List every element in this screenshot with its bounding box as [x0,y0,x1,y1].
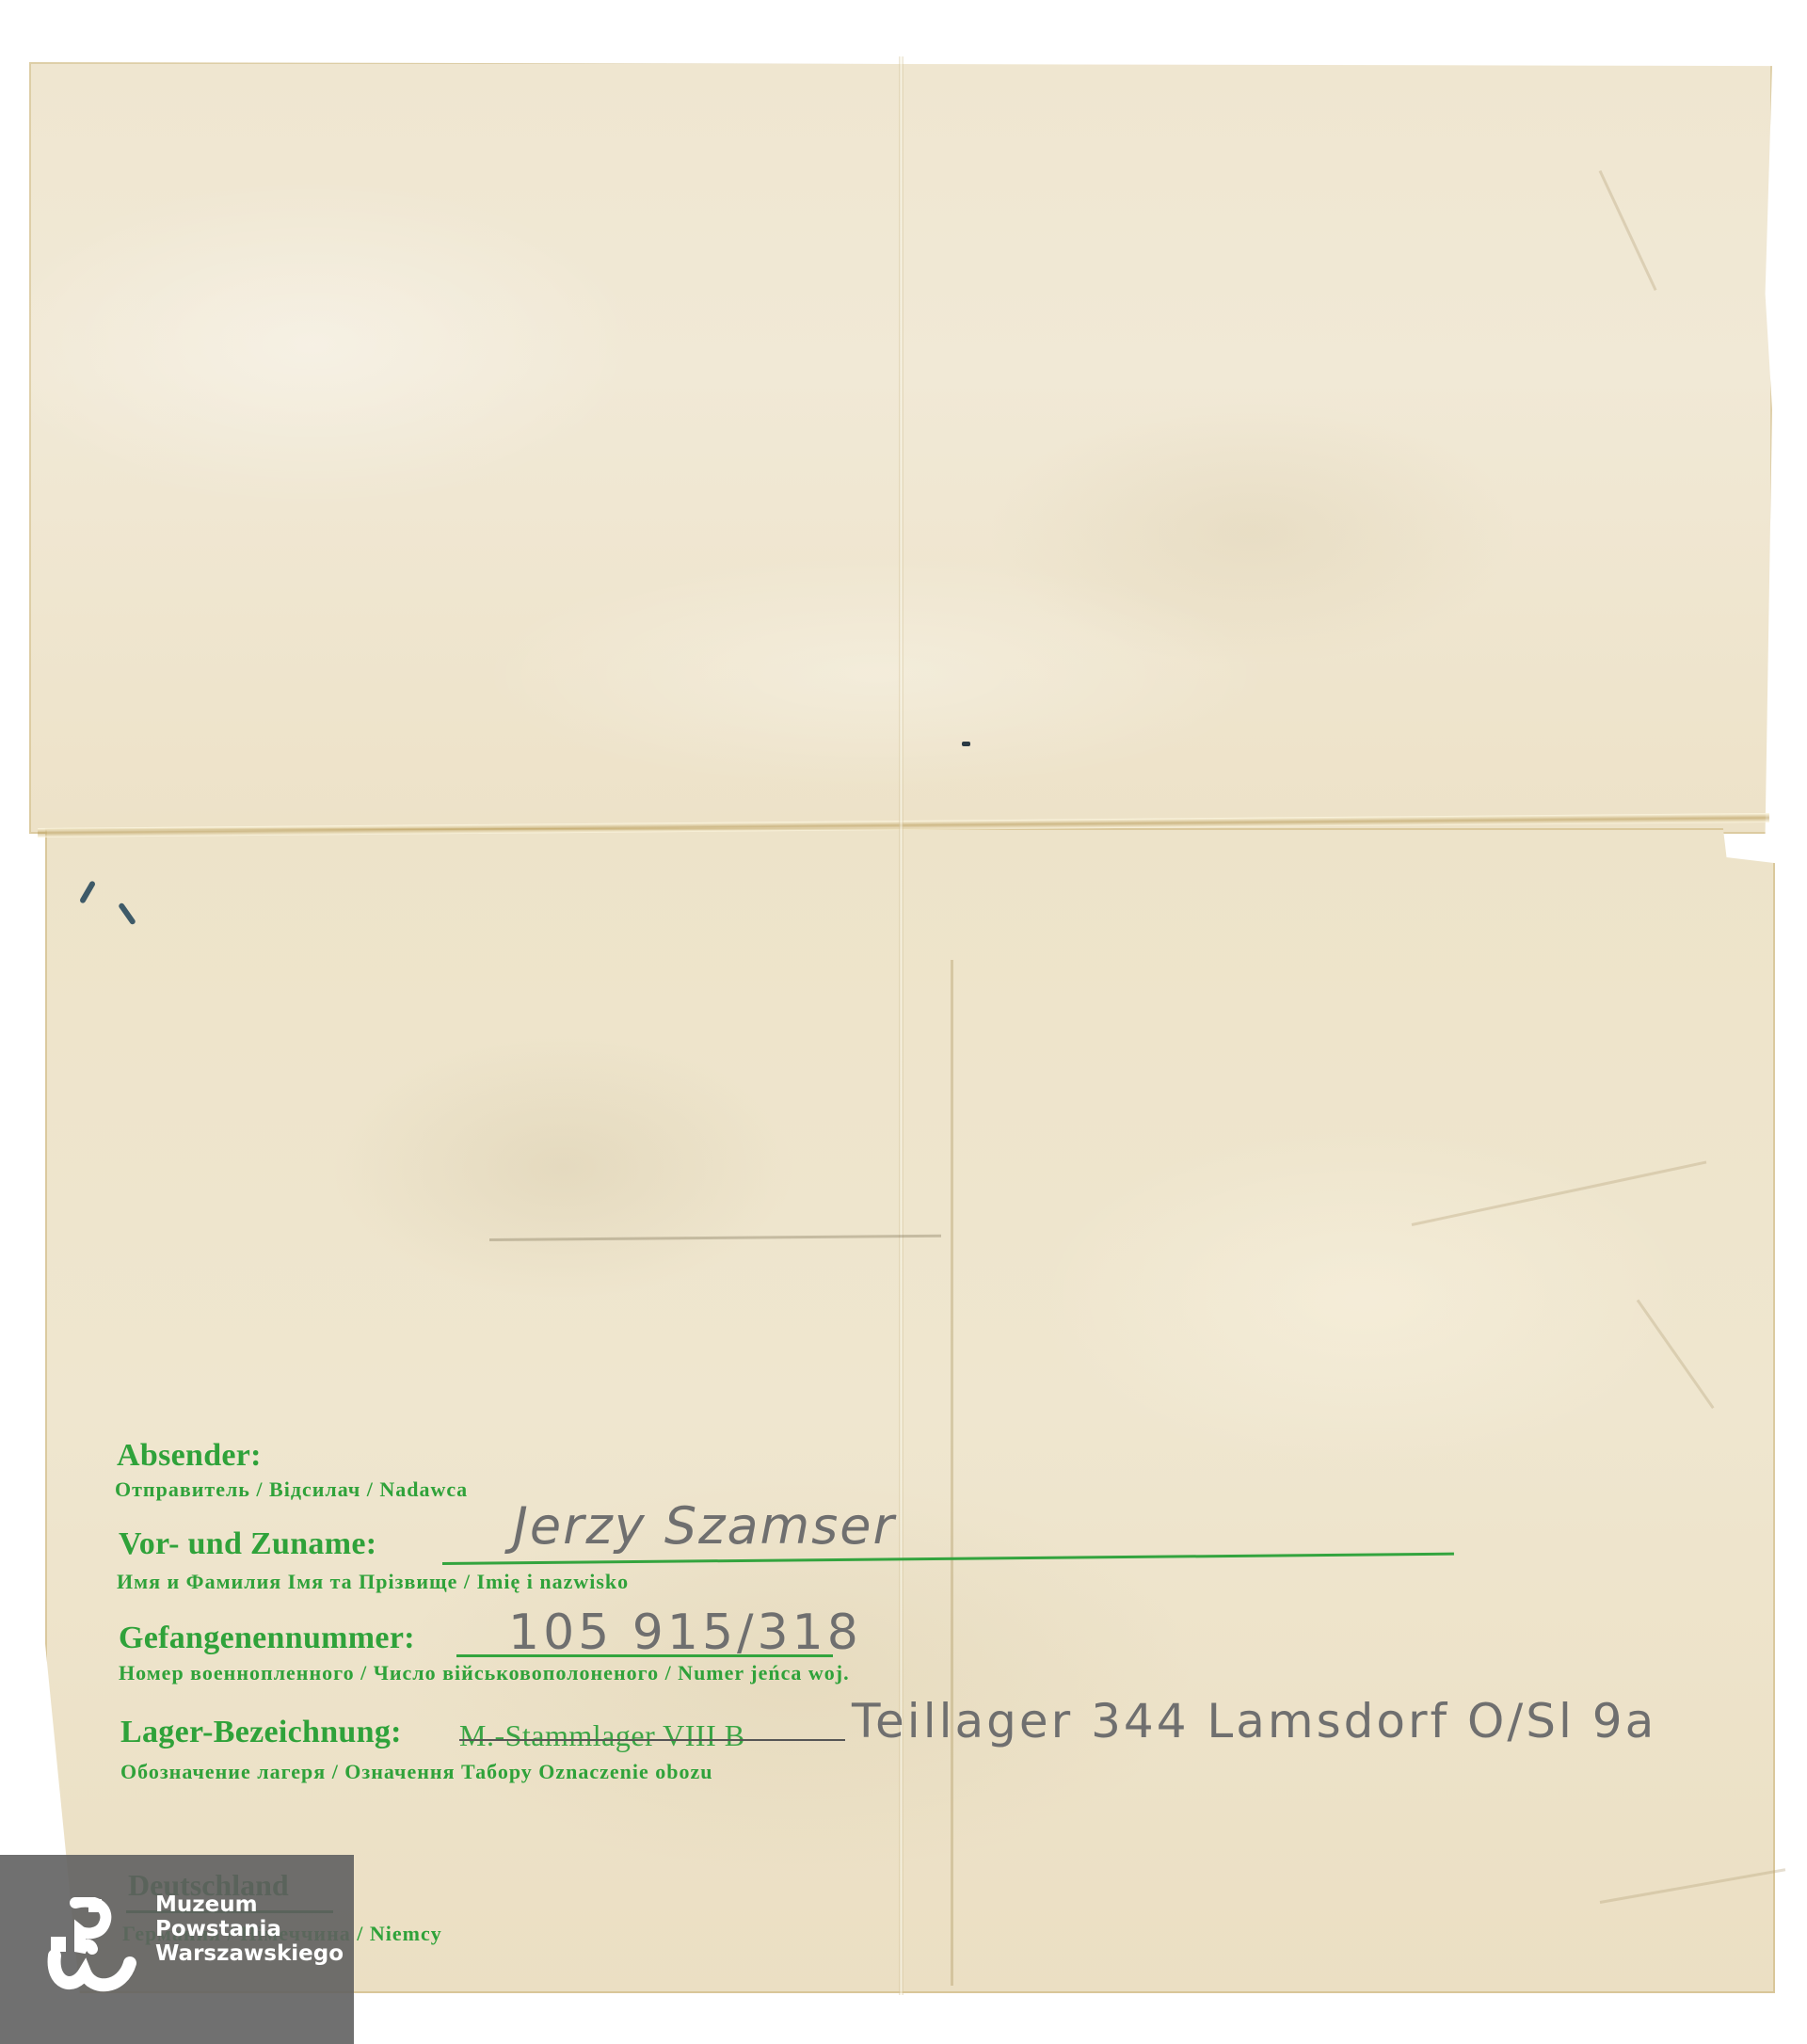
prisoner-number-label: Gefangenennummer: [119,1621,415,1656]
sender-heading: Absender: [117,1438,262,1474]
ink-dot [962,742,970,746]
prisoner-number-value: 105 915/318 [508,1605,862,1661]
paper-lower-panel [45,828,1775,1993]
anchor-kotwica-icon [47,1897,136,1996]
name-field-value: Jerzy Szamser [513,1496,896,1556]
prisoner-number-translations: Номер военнопленного / Число військовопо… [119,1661,850,1685]
camp-label: Lager-Bezeichnung: [120,1715,402,1750]
camp-handwritten-value: Teillager 344 Lamsdorf O/Sl 9a [852,1694,1656,1749]
museum-name: Muzeum Powstania Warszawskiego [155,1892,344,1966]
camp-printed-value: M.-Stammlager VIII B [459,1718,745,1753]
camp-label-translations: Обозначение лагеря / Означення Табору Oz… [120,1760,713,1784]
museum-name-line: Muzeum [155,1892,344,1917]
crease-mark [951,960,953,1986]
camp-printed-strikethrough [459,1739,845,1741]
museum-name-line: Warszawskiego [155,1941,344,1966]
museum-watermark: Muzeum Powstania Warszawskiego [0,1855,354,2044]
name-label-translations: Имя и Фамилия Імя та Прізвище / Imię i n… [117,1570,629,1594]
museum-name-line: Powstania [155,1917,344,1941]
name-label: Vor- und Zuname: [119,1526,376,1562]
sender-heading-translations: Отправитель / Відсилач / Nadawca [115,1477,468,1502]
